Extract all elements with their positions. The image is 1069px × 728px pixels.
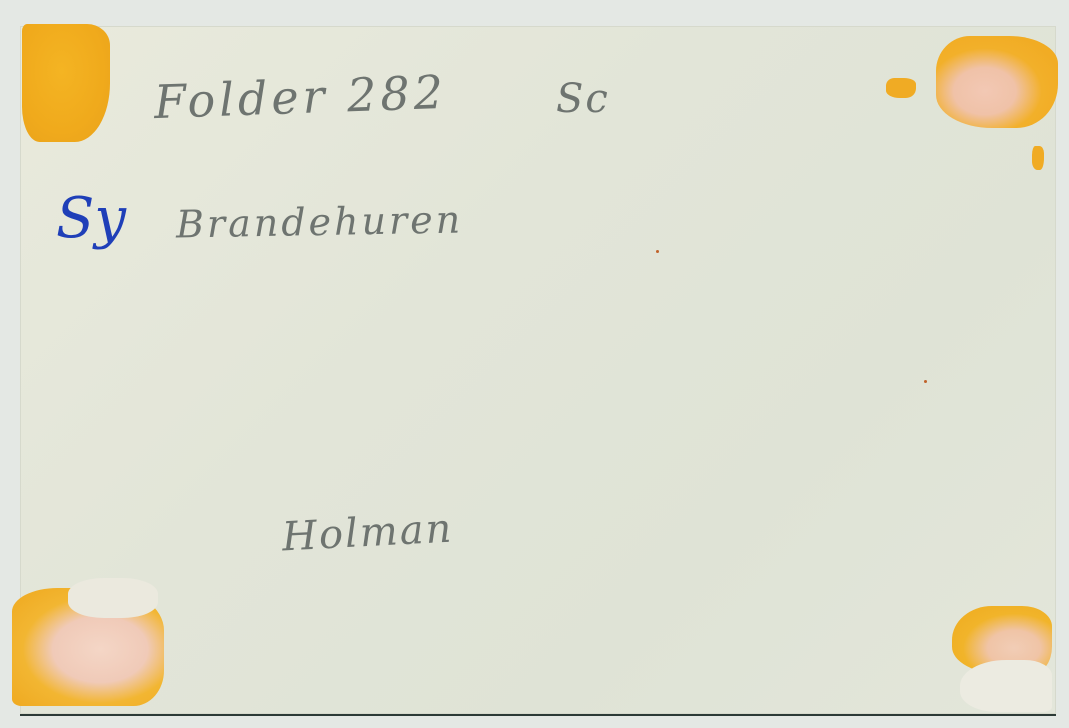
paper-speck [924,380,927,383]
paper-tear-bottom-left [68,578,158,618]
handwritten-location: Brandehuren [176,197,464,246]
tape-residue-top-left [22,24,110,142]
tape-residue-speck [1032,146,1044,170]
tape-residue-speck [886,78,916,98]
handwritten-tag: Sc [556,76,610,122]
photo-back-card [20,26,1056,716]
handwritten-name: Holman [281,506,454,561]
tape-residue-top-right [936,36,1058,128]
handwritten-folder-number: Folder 282 [153,65,448,129]
paper-speck [656,250,659,253]
blue-ink-mark: Sy [56,186,126,251]
paper-tear-bottom-right [960,660,1052,712]
